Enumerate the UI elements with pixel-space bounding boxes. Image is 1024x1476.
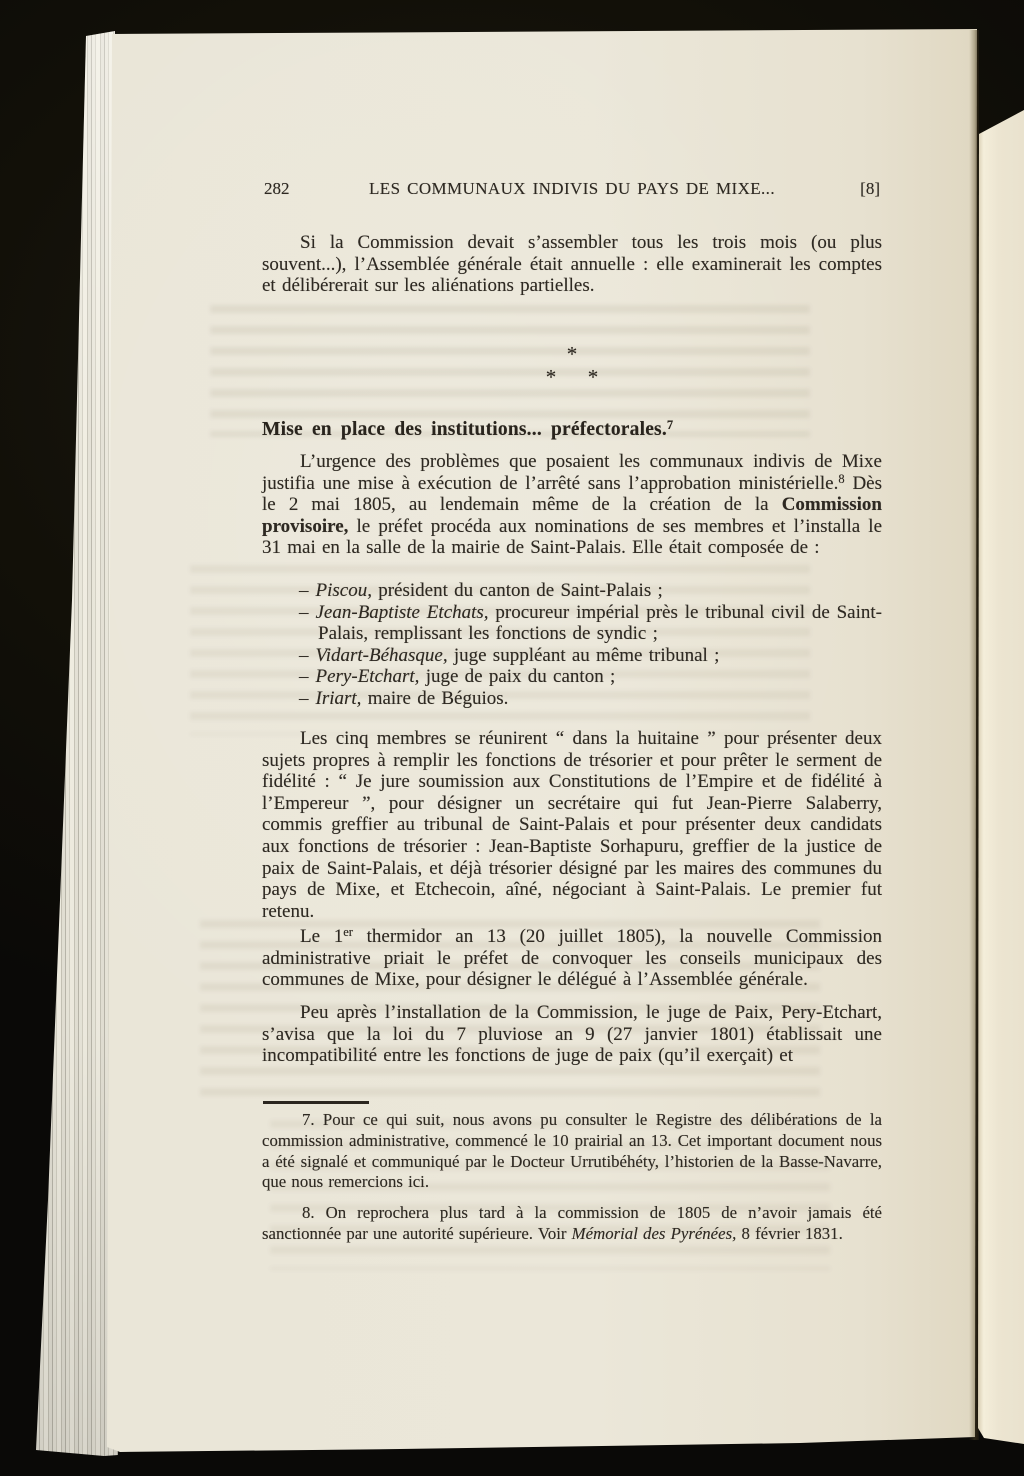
list-dash: – bbox=[299, 688, 309, 709]
paragraph-urgence-lead: L’urgence des problèmes que posaient les… bbox=[262, 451, 882, 494]
paragraph-peu-apres: Peu après l’installation de la Commissio… bbox=[262, 1002, 882, 1067]
footnote-ref-8: 8 bbox=[838, 472, 844, 486]
list-item: –Iriart, maire de Béguios. bbox=[262, 688, 882, 710]
footnote-7: 7. Pour ce qui suit, nous avons pu consu… bbox=[262, 1110, 882, 1193]
facing-page-edge bbox=[978, 106, 1024, 1448]
paragraph-thermidor: Le 1er thermidor an 13 (20 juillet 1805)… bbox=[262, 926, 882, 991]
member-name: Vidart-Béhasque, bbox=[316, 645, 448, 666]
paragraph-thermidor-lead: Le 1 bbox=[300, 926, 343, 947]
list-dash: – bbox=[299, 602, 309, 623]
paragraph-urgence-tail: le préfet procéda aux nominations de ses… bbox=[262, 516, 882, 559]
member-list: –Piscou, président du canton de Saint-Pa… bbox=[262, 580, 882, 710]
footnote-number: 7. bbox=[302, 1110, 315, 1129]
list-item: –Vidart-Béhasque, juge suppléant au même… bbox=[262, 645, 882, 667]
list-item: –Pery-Etchart, juge de paix du canton ; bbox=[262, 666, 882, 688]
section-separator-top: * bbox=[262, 344, 882, 364]
list-dash: – bbox=[299, 580, 309, 601]
list-item: –Jean-Baptiste Etchats, procureur impéri… bbox=[262, 602, 882, 645]
footnote-8: 8. On reprochera plus tard à la commissi… bbox=[262, 1203, 882, 1245]
list-dash: – bbox=[299, 645, 309, 666]
paragraph-cinq-membres: Les cinq membres se réunirent “ dans la … bbox=[262, 728, 882, 922]
book-scan: 282 LES COMMUNAUX INDIVIS DU PAYS DE MIX… bbox=[0, 0, 1024, 1476]
section-heading: Mise en place des institutions... préfec… bbox=[262, 419, 882, 441]
running-header: 282 LES COMMUNAUX INDIVIS DU PAYS DE MIX… bbox=[262, 178, 882, 200]
member-role: juge de paix du canton ; bbox=[419, 666, 615, 687]
page-content: 282 LES COMMUNAUX INDIVIS DU PAYS DE MIX… bbox=[262, 0, 882, 1476]
gutter-shadow bbox=[969, 30, 979, 1440]
member-role: juge suppléant au même tribunal ; bbox=[448, 645, 720, 666]
paragraph-commission-assemblee: Si la Commission devait s’assembler tous… bbox=[262, 232, 882, 297]
footnote-rule bbox=[263, 1101, 369, 1104]
footnote-number: 8. bbox=[302, 1203, 315, 1222]
list-item: –Piscou, président du canton de Saint-Pa… bbox=[262, 580, 882, 602]
footnote-ref-7: 7 bbox=[667, 418, 673, 432]
ordinal-superscript: er bbox=[343, 925, 353, 939]
member-role: maire de Béguios. bbox=[361, 688, 508, 709]
footnote-tail: 8 février 1831. bbox=[736, 1224, 842, 1243]
member-name: Piscou, bbox=[316, 580, 372, 601]
section-separator-bottom: * * bbox=[262, 367, 882, 387]
bracket-page-marker: [8] bbox=[860, 178, 880, 200]
section-heading-text: Mise en place des institutions... préfec… bbox=[262, 419, 667, 440]
footnote-italic: Mémorial des Pyrénées, bbox=[572, 1224, 737, 1243]
footnote-text: Pour ce qui suit, nous avons pu consulte… bbox=[262, 1110, 882, 1191]
running-title: LES COMMUNAUX INDIVIS DU PAYS DE MIXE... bbox=[262, 178, 882, 200]
paragraph-thermidor-tail: thermidor an 13 (20 juillet 1805), la no… bbox=[262, 926, 882, 990]
list-dash: – bbox=[299, 666, 309, 687]
member-name: Pery-Etchart, bbox=[316, 666, 420, 687]
member-name: Jean-Baptiste Etchats, bbox=[316, 602, 489, 623]
member-name: Iriart, bbox=[316, 688, 362, 709]
paragraph-urgence: L’urgence des problèmes que posaient les… bbox=[262, 451, 882, 559]
member-role: président du canton de Saint-Palais ; bbox=[372, 580, 663, 601]
